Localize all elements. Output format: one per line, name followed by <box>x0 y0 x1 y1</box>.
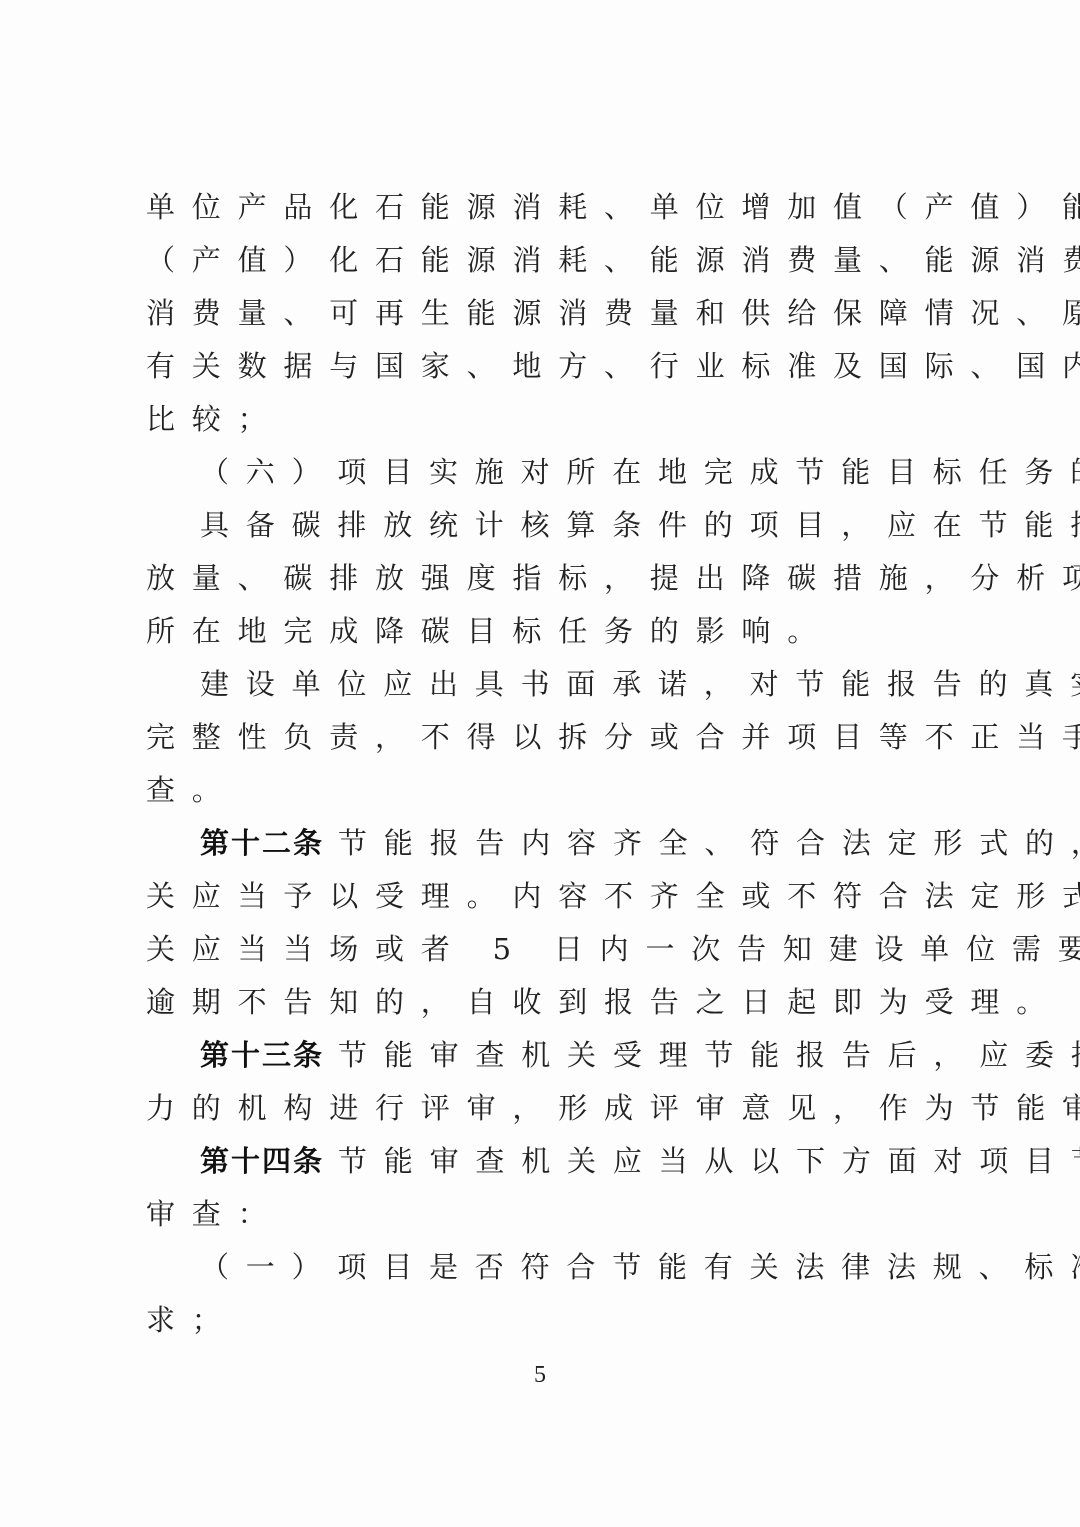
text-line: 求； <box>146 1300 946 1340</box>
article-text: 节能报告内容齐全、符合法定形式的，节能审查机 <box>338 826 1080 860</box>
text-line: 具备碳排放统计核算条件的项目，应在节能报告中核算碳排 <box>200 505 1000 545</box>
article-heading: 第十四条 <box>200 1144 324 1178</box>
text-line: 关应当予以受理。内容不齐全或不符合法定形式的，节能审查机 <box>146 876 946 916</box>
article-text: 节能审查机关应当从以下方面对项目节能报告进行 <box>338 1144 1080 1178</box>
text-line: 消费量、可再生能源消费量和供给保障情况、原料用能消费量； <box>146 293 946 333</box>
text-line: 所在地完成降碳目标任务的影响。 <box>146 611 946 651</box>
article-text: 节能审查机关受理节能报告后，应委托具备技术能 <box>338 1038 1080 1072</box>
text-line: 比较； <box>146 399 946 439</box>
text-line: （六）项目实施对所在地完成节能目标任务的影响分析。 <box>200 452 1000 492</box>
article-14-first-line: 第十四条节能审查机关应当从以下方面对项目节能报告进行 <box>200 1141 1000 1181</box>
text-line: 查。 <box>146 770 946 810</box>
text-line: （产值）化石能源消耗、能源消费量、能源消费结构、化石能源 <box>146 240 946 280</box>
page-number: 5 <box>0 1362 1080 1389</box>
text-line: 逾期不告知的，自收到报告之日起即为受理。 <box>146 982 946 1022</box>
text-line: 关应当当场或者 5 日内一次告知建设单位需要补正的全部内容， <box>146 929 946 969</box>
article-heading: 第十三条 <box>200 1038 324 1072</box>
text-line: 单位产品化石能源消耗、单位增加值（产值）能耗、单位增加值 <box>146 187 946 227</box>
text-line: 力的机构进行评审，形成评审意见，作为节能审查的重要依据。 <box>146 1088 946 1128</box>
text-line: 放量、碳排放强度指标，提出降碳措施，分析项目碳排放情况对 <box>146 558 946 598</box>
document-page: 单位产品化石能源消耗、单位增加值（产值）能耗、单位增加值 （产值）化石能源消耗、… <box>0 0 1080 1527</box>
article-heading: 第十二条 <box>200 826 324 860</box>
text-line: 有关数据与国家、地方、行业标准及国际、国内行业水平的全面 <box>146 346 946 386</box>
text-line: 审查： <box>146 1194 946 1234</box>
article-13-first-line: 第十三条节能审查机关受理节能报告后，应委托具备技术能 <box>200 1035 1000 1075</box>
text-line: 完整性负责，不得以拆分或合并项目等不正当手段逃避节能审 <box>146 717 946 757</box>
article-12-first-line: 第十二条节能报告内容齐全、符合法定形式的，节能审查机 <box>200 823 1000 863</box>
text-line: （一）项目是否符合节能有关法律法规、标准规范、政策要 <box>200 1247 1000 1287</box>
text-line: 建设单位应出具书面承诺，对节能报告的真实性、合法性和 <box>200 664 1000 704</box>
